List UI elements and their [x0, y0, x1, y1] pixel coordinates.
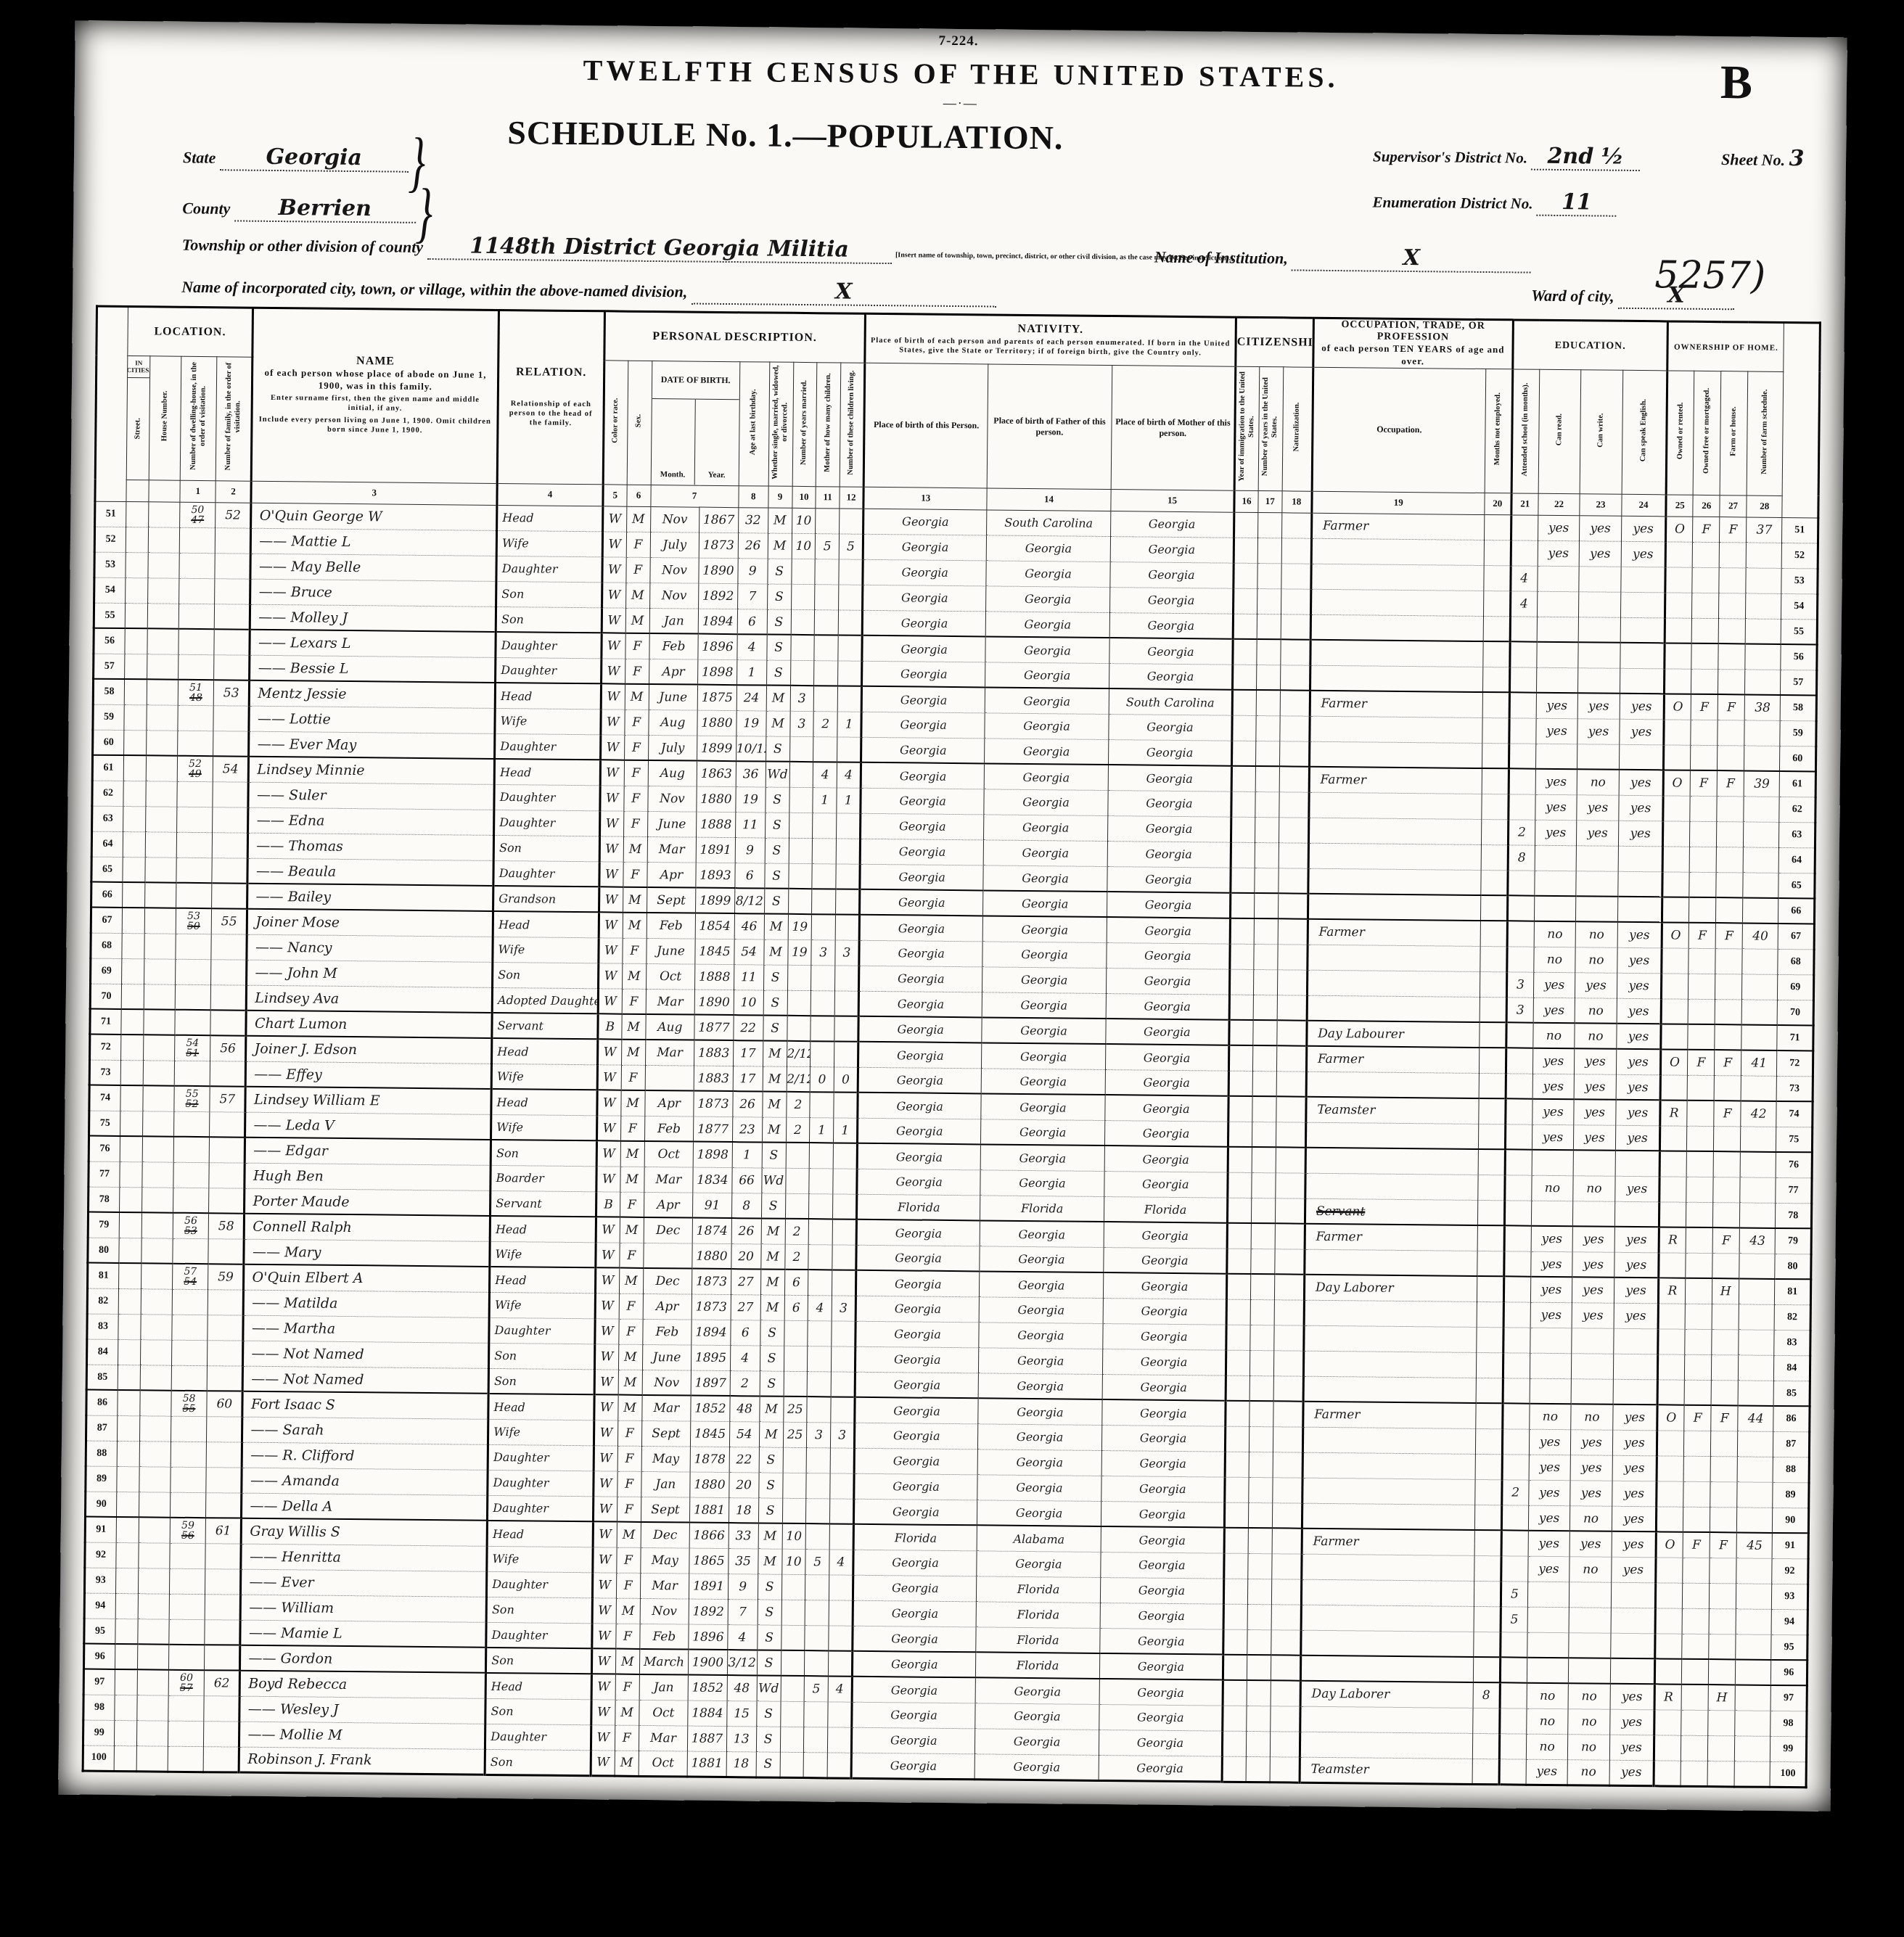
birth-year-cell: 1852 — [691, 1396, 730, 1422]
color-cell: W — [602, 506, 626, 532]
line-number-right: 61 — [1780, 771, 1816, 797]
relation-cell: Head — [493, 911, 599, 937]
owned-rented-cell — [1655, 1659, 1682, 1685]
farm-schedule-header: Number of farm schedule. — [1747, 371, 1784, 495]
years-in-us-cell — [1254, 918, 1278, 944]
years-in-us-cell — [1249, 1375, 1273, 1401]
relation-desc: Relationship of each person to the head … — [499, 398, 603, 430]
months-not-employed-cell — [1478, 1149, 1505, 1175]
marital-status-cell: M — [764, 939, 788, 965]
mother-of-children-cell: 5 — [816, 533, 840, 559]
attended-school-cell — [1507, 921, 1534, 947]
line-number-right: 57 — [1781, 670, 1817, 695]
sex-cell: F — [620, 1192, 644, 1217]
color-cell: W — [596, 1167, 620, 1192]
house-number-cell — [138, 1619, 169, 1645]
name-cell: Mentz Jessie — [250, 680, 496, 708]
father-birthplace-cell: South Carolina — [987, 510, 1111, 537]
farm-house-cell — [1710, 1583, 1736, 1608]
farm-schedule-cell — [1735, 1736, 1771, 1761]
occupation-cell — [1308, 945, 1480, 971]
occupation-group-header: OCCUPATION, TRADE, OR PROFESSION of each… — [1313, 318, 1514, 369]
immigration-year-cell — [1234, 588, 1257, 614]
pob-mother-header: Place of birth of Mother of this person. — [1111, 365, 1236, 490]
farm-house-cell: F — [1714, 1101, 1741, 1126]
occupation-cell — [1310, 665, 1482, 692]
column-number: 28 — [1747, 495, 1783, 517]
father-birthplace-cell: Georgia — [987, 535, 1111, 562]
family-number-cell — [214, 604, 250, 629]
line-number-right: 59 — [1780, 720, 1816, 746]
years-married-cell: 2 — [784, 1244, 808, 1270]
years-married-cell — [789, 813, 813, 838]
years-in-us-cell — [1249, 1350, 1273, 1375]
dwelling-number-cell — [175, 984, 211, 1010]
occupation-cell: Farmer — [1306, 1046, 1479, 1073]
attended-school-cell: 2 — [1502, 1480, 1529, 1505]
can-read-cell: yes — [1535, 794, 1577, 821]
can-read-cell: yes — [1536, 718, 1578, 744]
age-cell: 7 — [737, 583, 767, 609]
farm-house-cell: F — [1718, 694, 1744, 720]
months-not-employed-cell — [1484, 565, 1511, 591]
dwelling-number-cell: 5148 — [178, 680, 214, 705]
birth-year-cell: 1866 — [689, 1523, 729, 1549]
mother-of-children-cell — [810, 1092, 834, 1117]
immigration-year-cell — [1233, 665, 1257, 690]
can-write-cell: no — [1575, 947, 1617, 974]
dwelling-number-cell: 5653 — [173, 1213, 209, 1238]
line-number-right: 100 — [1770, 1761, 1806, 1787]
house-number-cell — [145, 807, 176, 832]
house-number-cell — [140, 1391, 171, 1416]
birthplace-cell: Georgia — [859, 940, 983, 967]
can-read-cell — [1527, 1658, 1569, 1684]
age-cell: 15 — [726, 1700, 756, 1726]
months-not-employed-cell — [1481, 870, 1508, 895]
years-in-us-cell — [1247, 1579, 1271, 1604]
owned-free-cell — [1683, 1558, 1710, 1583]
street-cell — [123, 857, 145, 882]
months-not-employed-cell — [1483, 641, 1510, 667]
birth-month-cell: Jan — [649, 608, 699, 634]
immigration-year-cell — [1222, 1756, 1246, 1782]
mother-birthplace-cell: South Carolina — [1109, 688, 1233, 715]
line-number-right: 80 — [1775, 1254, 1811, 1279]
farm-house-cell: F — [1711, 1405, 1738, 1431]
house-number-cell — [145, 858, 176, 883]
immigration-year-cell — [1226, 1375, 1249, 1401]
naturalization-cell — [1276, 1046, 1306, 1072]
father-birthplace-cell: Georgia — [975, 1729, 1099, 1756]
color-cell: W — [594, 1395, 618, 1420]
father-birthplace-cell: Georgia — [974, 1754, 1099, 1781]
attended-school-cell — [1508, 871, 1535, 896]
line-number-left: 91 — [85, 1517, 116, 1542]
farm-house-cell — [1718, 745, 1744, 770]
house-number-cell — [139, 1442, 171, 1467]
owned-free-cell — [1692, 542, 1719, 567]
children-living-cell — [834, 1042, 858, 1067]
line-number-right: 82 — [1775, 1304, 1811, 1330]
marital-status-cell: S — [757, 1650, 781, 1676]
naturalization-cell — [1279, 792, 1309, 818]
street-cell — [120, 1187, 142, 1212]
can-read-cell: yes — [1538, 540, 1580, 567]
can-speak-english-cell: yes — [1612, 1405, 1657, 1431]
birth-month-cell: Oct — [639, 1700, 688, 1726]
naturalization-cell — [1275, 1224, 1305, 1249]
mother-birthplace-cell: Georgia — [1104, 1120, 1228, 1147]
marital-status-cell: M — [761, 1219, 785, 1244]
years-in-us-cell — [1255, 741, 1279, 766]
birth-year-cell: 1883 — [694, 1066, 733, 1092]
owned-free-cell — [1688, 1024, 1715, 1050]
birthplace-cell: Georgia — [854, 1448, 978, 1475]
years-in-us-cell — [1249, 1426, 1273, 1452]
street-cell — [125, 654, 147, 679]
attended-school-cell — [1509, 667, 1536, 693]
birth-year-cell: 1894 — [698, 609, 737, 635]
years-in-us-cell — [1248, 1528, 1272, 1553]
relation-cell: Son — [496, 606, 602, 633]
dwelling-number-cell — [172, 1289, 208, 1315]
relation-title: RELATION. — [499, 366, 603, 379]
column-number: 21 — [1511, 493, 1538, 515]
owned-free-cell — [1691, 618, 1718, 643]
family-number-cell — [208, 1340, 244, 1365]
birthplace-cell: Georgia — [855, 1270, 980, 1297]
naturalization-cell — [1273, 1452, 1302, 1478]
relation-cell: Daughter — [494, 810, 600, 836]
birthplace-cell: Georgia — [863, 509, 988, 535]
can-write-cell — [1569, 1632, 1611, 1658]
months-not-employed-cell — [1477, 1276, 1503, 1301]
years-in-us-cell — [1257, 538, 1281, 563]
relation-cell: Wife — [489, 1292, 595, 1318]
line-number-left: 68 — [91, 933, 122, 958]
father-birthplace-cell: Georgia — [979, 1297, 1103, 1324]
relation-cell: Son — [485, 1698, 591, 1724]
months-not-employed-cell — [1480, 921, 1507, 946]
mother-birthplace-cell: Georgia — [1110, 562, 1234, 588]
line-number-right: 85 — [1774, 1381, 1810, 1406]
house-number-cell — [139, 1416, 171, 1442]
farm-schedule-cell — [1739, 1254, 1776, 1279]
line-number-left: 51 — [95, 501, 126, 527]
street-cell — [123, 882, 145, 908]
name-cell: —— R. Clifford — [242, 1442, 488, 1470]
owned-rented-cell — [1657, 1507, 1683, 1532]
years-in-us-cell — [1247, 1629, 1271, 1655]
mother-of-children-cell: 0 — [810, 1066, 834, 1092]
children-living-cell — [828, 1702, 852, 1727]
line-number-left: 96 — [83, 1644, 115, 1669]
relation-cell: Daughter — [489, 1317, 595, 1344]
house-number-cell — [141, 1264, 172, 1289]
line-number-right: 81 — [1775, 1279, 1811, 1304]
attended-school-cell: 3 — [1506, 998, 1533, 1023]
birth-month-cell: Aug — [648, 710, 697, 736]
can-write-cell: no — [1571, 1404, 1613, 1430]
naturalization-cell — [1272, 1529, 1302, 1554]
can-speak-english-cell: yes — [1620, 694, 1665, 720]
sex-cell: F — [616, 1573, 640, 1598]
table-header: LOCATION. NAME of each person whose plac… — [95, 306, 1820, 518]
owned-rented-cell — [1662, 872, 1689, 897]
owned-rented-cell: O — [1664, 694, 1691, 720]
farm-house-cell — [1709, 1659, 1736, 1685]
occupation-cell: Day Labourer — [1307, 1021, 1480, 1048]
line-number-right: 63 — [1779, 822, 1815, 847]
farm-house-cell — [1715, 1024, 1741, 1050]
sex-cell: M — [625, 608, 649, 633]
birthplace-cell: Georgia — [861, 686, 985, 713]
name-desc-2: Enter surname first, then the given name… — [253, 392, 497, 416]
sex-cell: M — [619, 1268, 643, 1294]
relation-cell: Head — [487, 1521, 593, 1547]
mother-birthplace-cell: Georgia — [1109, 663, 1233, 690]
can-speak-english-cell: yes — [1614, 1176, 1659, 1202]
owned-free-header: Owned free or mortgaged. — [1693, 371, 1721, 495]
pob-father-header: Place of birth of Father of this person. — [988, 364, 1112, 490]
can-write-cell: yes — [1572, 1252, 1614, 1278]
attended-school-cell: 4 — [1511, 566, 1538, 591]
line-number-left: 74 — [89, 1085, 120, 1111]
attended-school-cell: 5 — [1501, 1582, 1527, 1607]
attended-school-cell — [1504, 1251, 1531, 1277]
mother-of-children-header: Mother of how many children. — [816, 362, 841, 486]
attended-school-cell — [1499, 1759, 1526, 1785]
marital-status-cell: M — [768, 533, 792, 559]
months-not-employed-cell — [1477, 1225, 1504, 1251]
birthplace-cell: Georgia — [860, 864, 984, 891]
house-number-cell — [142, 1111, 173, 1137]
occupation-title: OCCUPATION, TRADE, OR PROFESSION — [1314, 319, 1511, 345]
mother-birthplace-cell: Georgia — [1101, 1425, 1226, 1452]
dwelling-number-cell — [176, 883, 213, 908]
street-header: IN CITIES. Street. — [126, 355, 149, 480]
line-number-left: 64 — [91, 831, 123, 857]
mother-of-children-cell — [811, 965, 835, 990]
relation-cell: Adopted Daughter — [492, 987, 598, 1013]
relation-cell: Head — [492, 1038, 598, 1064]
age-cell: 11 — [735, 812, 765, 837]
street-cell — [125, 603, 147, 628]
birth-month-cell: Feb — [639, 1624, 689, 1650]
street-cell — [121, 1035, 144, 1060]
column-number: 10 — [792, 486, 816, 508]
owned-free-cell — [1687, 1101, 1714, 1126]
children-living-cell — [829, 1651, 853, 1677]
birth-month-cell: Jan — [639, 1674, 689, 1700]
relation-cell: Daughter — [488, 1470, 594, 1496]
can-speak-english-cell: yes — [1610, 1684, 1655, 1710]
dwelling-number-cell — [175, 1010, 211, 1035]
children-living-cell: 3 — [832, 1296, 855, 1321]
marital-status-cell: S — [766, 787, 789, 813]
owned-rented-cell — [1661, 999, 1688, 1024]
years-in-us-cell — [1255, 817, 1279, 842]
age-cell: 26 — [738, 532, 768, 558]
family-number-cell: 60 — [207, 1391, 243, 1416]
line-number-right: 78 — [1776, 1203, 1812, 1228]
occupation-cell — [1302, 1452, 1475, 1479]
children-living-cell — [829, 1524, 853, 1550]
line-number-right: 86 — [1773, 1406, 1810, 1431]
dwelling-number-cell: 5552 — [174, 1086, 210, 1111]
naturalization-cell — [1281, 589, 1310, 614]
can-write-cell: no — [1568, 1708, 1610, 1735]
birth-year-cell: 1873 — [692, 1269, 731, 1295]
house-number-cell — [144, 959, 175, 984]
dwelling-number-cell — [172, 1315, 208, 1340]
birth-month-cell: Apr — [643, 1294, 692, 1320]
can-read-cell: no — [1527, 1708, 1569, 1735]
owned-free-cell — [1686, 1202, 1713, 1227]
birth-year-cell: 1863 — [697, 761, 736, 787]
mother-birthplace-cell: Georgia — [1107, 892, 1231, 918]
street-cell — [121, 1009, 144, 1035]
months-not-employed-cell — [1474, 1632, 1501, 1657]
family-number-cell — [206, 1467, 242, 1492]
farm-schedule-cell — [1744, 720, 1781, 746]
years-in-us-cell — [1253, 995, 1277, 1020]
owned-free-cell: F — [1684, 1405, 1711, 1431]
years-married-cell — [785, 1168, 809, 1193]
occupation-cell — [1308, 818, 1481, 844]
can-write-cell: yes — [1574, 1100, 1616, 1126]
farm-house-cell — [1713, 1177, 1740, 1202]
name-cell: —— Nancy — [247, 934, 493, 962]
enumeration-district-value: 11 — [1537, 189, 1617, 217]
line-number-right: 94 — [1771, 1609, 1807, 1634]
name-cell: O'Quin George W — [251, 503, 497, 530]
line-number-left: 73 — [89, 1060, 120, 1085]
mother-birthplace-cell: Georgia — [1099, 1730, 1223, 1756]
mother-of-children-cell — [808, 1346, 832, 1371]
mother-of-children-cell — [808, 1244, 832, 1270]
birth-month-cell: May — [640, 1547, 689, 1574]
can-write-cell — [1573, 1151, 1615, 1177]
mother-birthplace-cell: Georgia — [1101, 1399, 1226, 1426]
name-cell: —— Lexars L — [250, 630, 496, 657]
immigration-year-cell — [1227, 1274, 1251, 1299]
owned-free-cell — [1687, 1126, 1714, 1151]
age-cell: 19 — [735, 786, 765, 812]
children-living-cell — [835, 915, 859, 940]
birthplace-cell: Georgia — [861, 712, 985, 739]
can-read-cell — [1534, 896, 1576, 922]
line-number-left: 60 — [93, 730, 124, 755]
can-speak-english-cell — [1613, 1328, 1658, 1354]
birthplace-cell: Georgia — [855, 1296, 980, 1323]
can-read-cell: yes — [1532, 1048, 1575, 1074]
naturalization-cell — [1270, 1706, 1300, 1732]
birth-year-cell: 1895 — [692, 1345, 731, 1371]
mother-of-children-cell — [807, 1397, 831, 1422]
years-married-cell — [781, 1600, 805, 1625]
sex-cell: M — [622, 963, 646, 989]
birth-month-cell: Sept — [641, 1420, 691, 1447]
father-birthplace-cell: Georgia — [980, 1145, 1104, 1172]
family-number-cell — [210, 1061, 246, 1086]
name-cell: —— Molley J — [250, 604, 496, 632]
years-married-cell — [781, 1650, 805, 1676]
column-number — [126, 480, 149, 501]
mother-birthplace-cell: Georgia — [1108, 739, 1232, 766]
street-cell — [120, 1085, 143, 1111]
occupation-cell — [1308, 894, 1480, 921]
can-write-cell: yes — [1575, 1049, 1617, 1075]
family-number-cell — [205, 1645, 241, 1670]
occupation-cell: Farmer — [1303, 1402, 1476, 1428]
relation-cell: Son — [489, 1343, 595, 1369]
owned-free-cell — [1686, 1253, 1712, 1278]
farm-house-cell — [1712, 1304, 1739, 1329]
name-cell: —— Henritta — [241, 1544, 487, 1571]
can-speak-english-cell — [1613, 1379, 1658, 1405]
occupation-cell — [1309, 792, 1482, 819]
ward-label: Ward of city, — [1531, 287, 1614, 305]
family-number-cell: 56 — [210, 1035, 247, 1061]
years-married-cell: 10 — [792, 533, 816, 559]
mother-of-children-cell — [811, 1041, 834, 1066]
can-speak-english-cell: yes — [1609, 1760, 1654, 1786]
relation-cell: Servant — [491, 1190, 596, 1217]
marital-status-cell: S — [760, 1346, 784, 1371]
family-number-cell — [208, 1289, 244, 1315]
naturalization-cell — [1278, 945, 1308, 970]
farm-schedule-cell — [1745, 619, 1781, 644]
house-number-cell — [144, 883, 176, 908]
occupation-cell — [1303, 1351, 1476, 1378]
owned-rented-cell — [1655, 1634, 1682, 1659]
months-not-employed-cell — [1481, 844, 1508, 870]
dwelling-number-cell — [171, 1442, 207, 1467]
immigration-year-cell — [1228, 1147, 1252, 1172]
can-speak-english-cell: yes — [1614, 1252, 1659, 1278]
age-cell: 27 — [731, 1269, 760, 1294]
can-speak-english-cell: yes — [1619, 795, 1664, 821]
father-birthplace-cell: Florida — [976, 1627, 1100, 1654]
mother-birthplace-cell: Georgia — [1103, 1272, 1227, 1299]
sex-cell: F — [624, 786, 648, 811]
color-cell: W — [591, 1725, 615, 1751]
immigration-year-cell — [1233, 614, 1257, 639]
months-not-employed-cell — [1481, 819, 1508, 844]
attended-school-cell: 2 — [1508, 820, 1535, 845]
mother-birthplace-cell: Georgia — [1099, 1653, 1223, 1680]
months-not-employed-cell — [1479, 1073, 1506, 1098]
birth-month-cell: Dec — [643, 1268, 692, 1294]
birth-year-cell: 1865 — [689, 1548, 729, 1574]
age-cell: 11 — [734, 964, 763, 990]
farm-house-cell — [1716, 847, 1743, 872]
street-cell — [117, 1466, 139, 1492]
can-speak-english-cell: yes — [1612, 1506, 1657, 1532]
marital-status-cell: S — [766, 660, 790, 686]
years-married-cell — [780, 1727, 804, 1752]
color-cell: W — [601, 684, 625, 710]
naturalization-cell — [1280, 716, 1310, 741]
birthplace-cell: Georgia — [862, 661, 986, 688]
age-cell: 33 — [729, 1523, 758, 1548]
name-cell: Lindsey Ava — [247, 985, 493, 1013]
line-number-left: 99 — [83, 1720, 114, 1745]
dwelling-number-cell — [171, 1416, 207, 1442]
years-in-us-cell — [1252, 1096, 1276, 1122]
